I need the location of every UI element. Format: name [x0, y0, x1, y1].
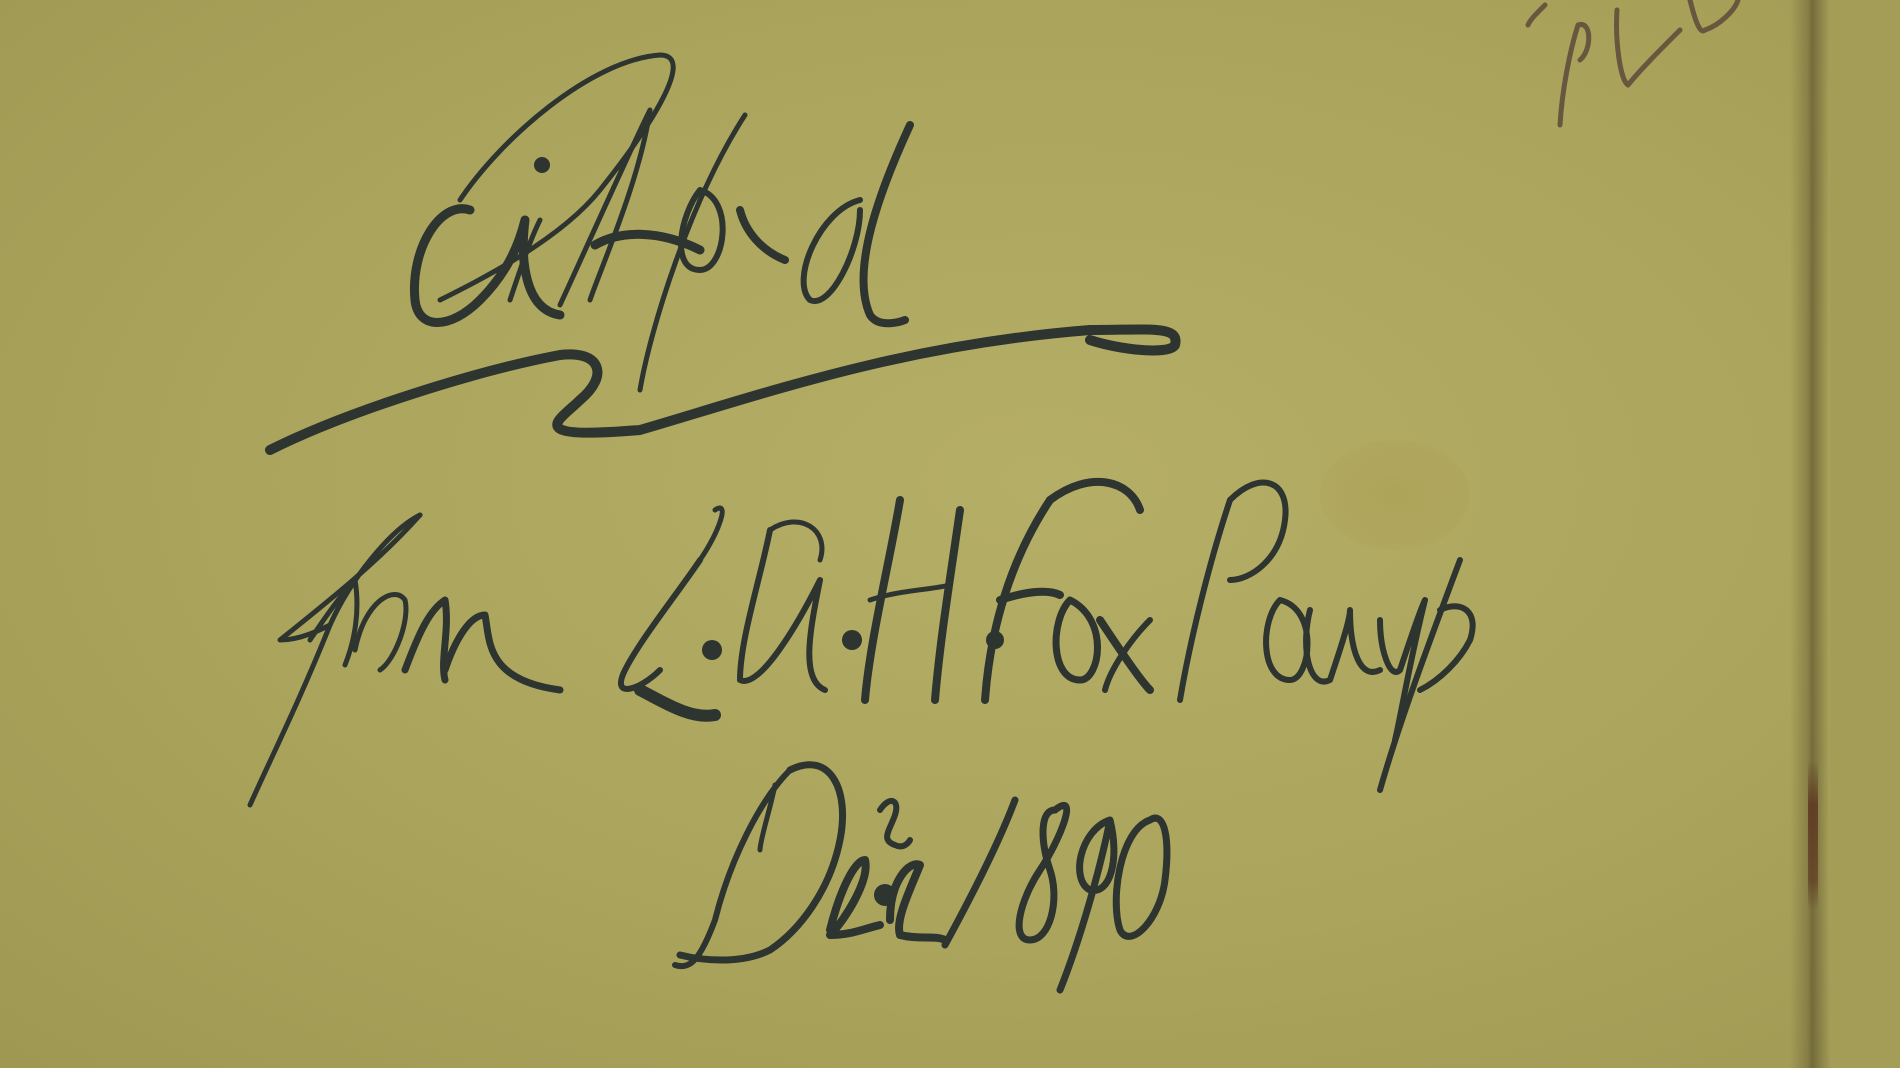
pencil-annotation — [0, 0, 1900, 1068]
